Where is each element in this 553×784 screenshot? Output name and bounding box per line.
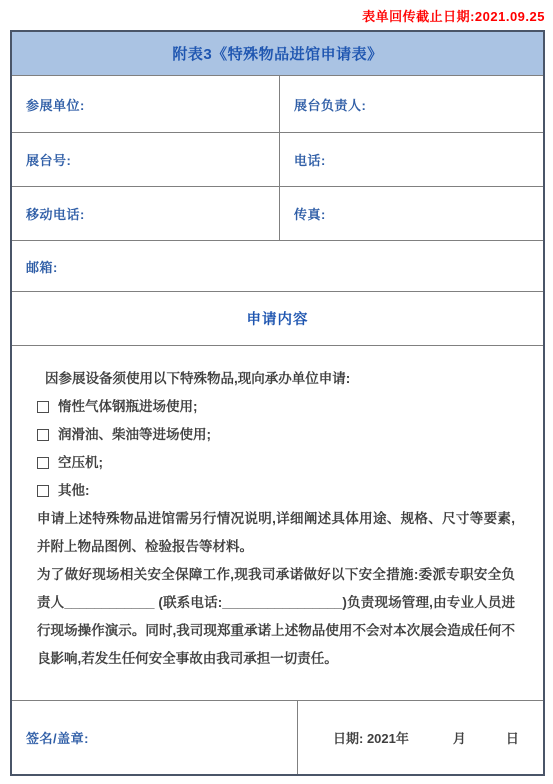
email-label: 邮箱: [26, 257, 58, 276]
email-field[interactable]: 邮箱: [12, 241, 543, 291]
row-application-content: 因参展设备须使用以下特殊物品,现向承办单位申请: 惰性气体钢瓶进场使用; 润滑油… [12, 345, 543, 700]
phone-label: 电话: [294, 150, 326, 169]
mobile-label: 移动电话: [26, 204, 85, 223]
checkbox-icon[interactable] [37, 457, 49, 469]
signature-label: 签名/盖章: [26, 728, 89, 747]
option-label: 其他: [58, 477, 90, 505]
row-booth-phone: 展台号: 电话: [12, 132, 543, 186]
booth-manager-field[interactable]: 展台负责人: [279, 76, 543, 132]
row-exhibitor-manager: 参展单位: 展台负责人: [12, 75, 543, 132]
row-section-title: 申请内容 [12, 291, 543, 345]
form-header: 附表3《特殊物品进馆申请表》 [12, 32, 543, 75]
option-lubricant-diesel[interactable]: 润滑油、柴油等进场使用; [37, 421, 515, 449]
form-title: 附表3《特殊物品进馆申请表》 [172, 43, 382, 64]
fax-label: 传真: [294, 204, 326, 223]
special-items-application-form: 附表3《特殊物品进馆申请表》 参展单位: 展台负责人: 展台号: 电话: 移动电… [10, 30, 545, 776]
phone-field[interactable]: 电话: [279, 133, 543, 186]
date-field[interactable]: 日期: 2021年 月 日 [297, 701, 543, 774]
option-label: 润滑油、柴油等进场使用; [58, 421, 211, 449]
mobile-field[interactable]: 移动电话: [12, 187, 279, 240]
date-month-label: 月 [453, 728, 466, 747]
content-intro: 因参展设备须使用以下特殊物品,现向承办单位申请: [37, 365, 515, 393]
checkbox-icon[interactable] [37, 429, 49, 441]
exhibitor-field[interactable]: 参展单位: [12, 76, 279, 132]
content-note: 申请上述特殊物品进馆需另行情况说明,详细阐述具体用途、规格、尺寸等要素,并附上物… [37, 505, 515, 561]
date-prefix: 日期: 2021年 [333, 728, 409, 747]
option-label: 惰性气体钢瓶进场使用; [58, 393, 198, 421]
booth-no-label: 展台号: [26, 150, 71, 169]
option-inert-gas[interactable]: 惰性气体钢瓶进场使用; [37, 393, 515, 421]
row-signature-date: 签名/盖章: 日期: 2021年 月 日 [12, 700, 543, 774]
row-email: 邮箱: [12, 240, 543, 291]
option-air-compressor[interactable]: 空压机; [37, 449, 515, 477]
content-commitment: 为了做好现场相关安全保障工作,现我司承诺做好以下安全措施:委派专职安全负责人__… [37, 561, 515, 673]
row-mobile-fax: 移动电话: 传真: [12, 186, 543, 240]
checkbox-icon[interactable] [37, 401, 49, 413]
option-other[interactable]: 其他: [37, 477, 515, 505]
application-content: 因参展设备须使用以下特殊物品,现向承办单位申请: 惰性气体钢瓶进场使用; 润滑油… [12, 346, 543, 700]
exhibitor-label: 参展单位: [26, 95, 85, 114]
section-title: 申请内容 [247, 308, 309, 329]
date-day-label: 日 [506, 728, 519, 747]
booth-no-field[interactable]: 展台号: [12, 133, 279, 186]
signature-field[interactable]: 签名/盖章: [12, 701, 297, 774]
checkbox-icon[interactable] [37, 485, 49, 497]
fax-field[interactable]: 传真: [279, 187, 543, 240]
form-return-deadline: 表单回传截止日期:2021.09.25 [0, 6, 545, 25]
booth-manager-label: 展台负责人: [294, 95, 366, 114]
option-label: 空压机; [58, 449, 103, 477]
